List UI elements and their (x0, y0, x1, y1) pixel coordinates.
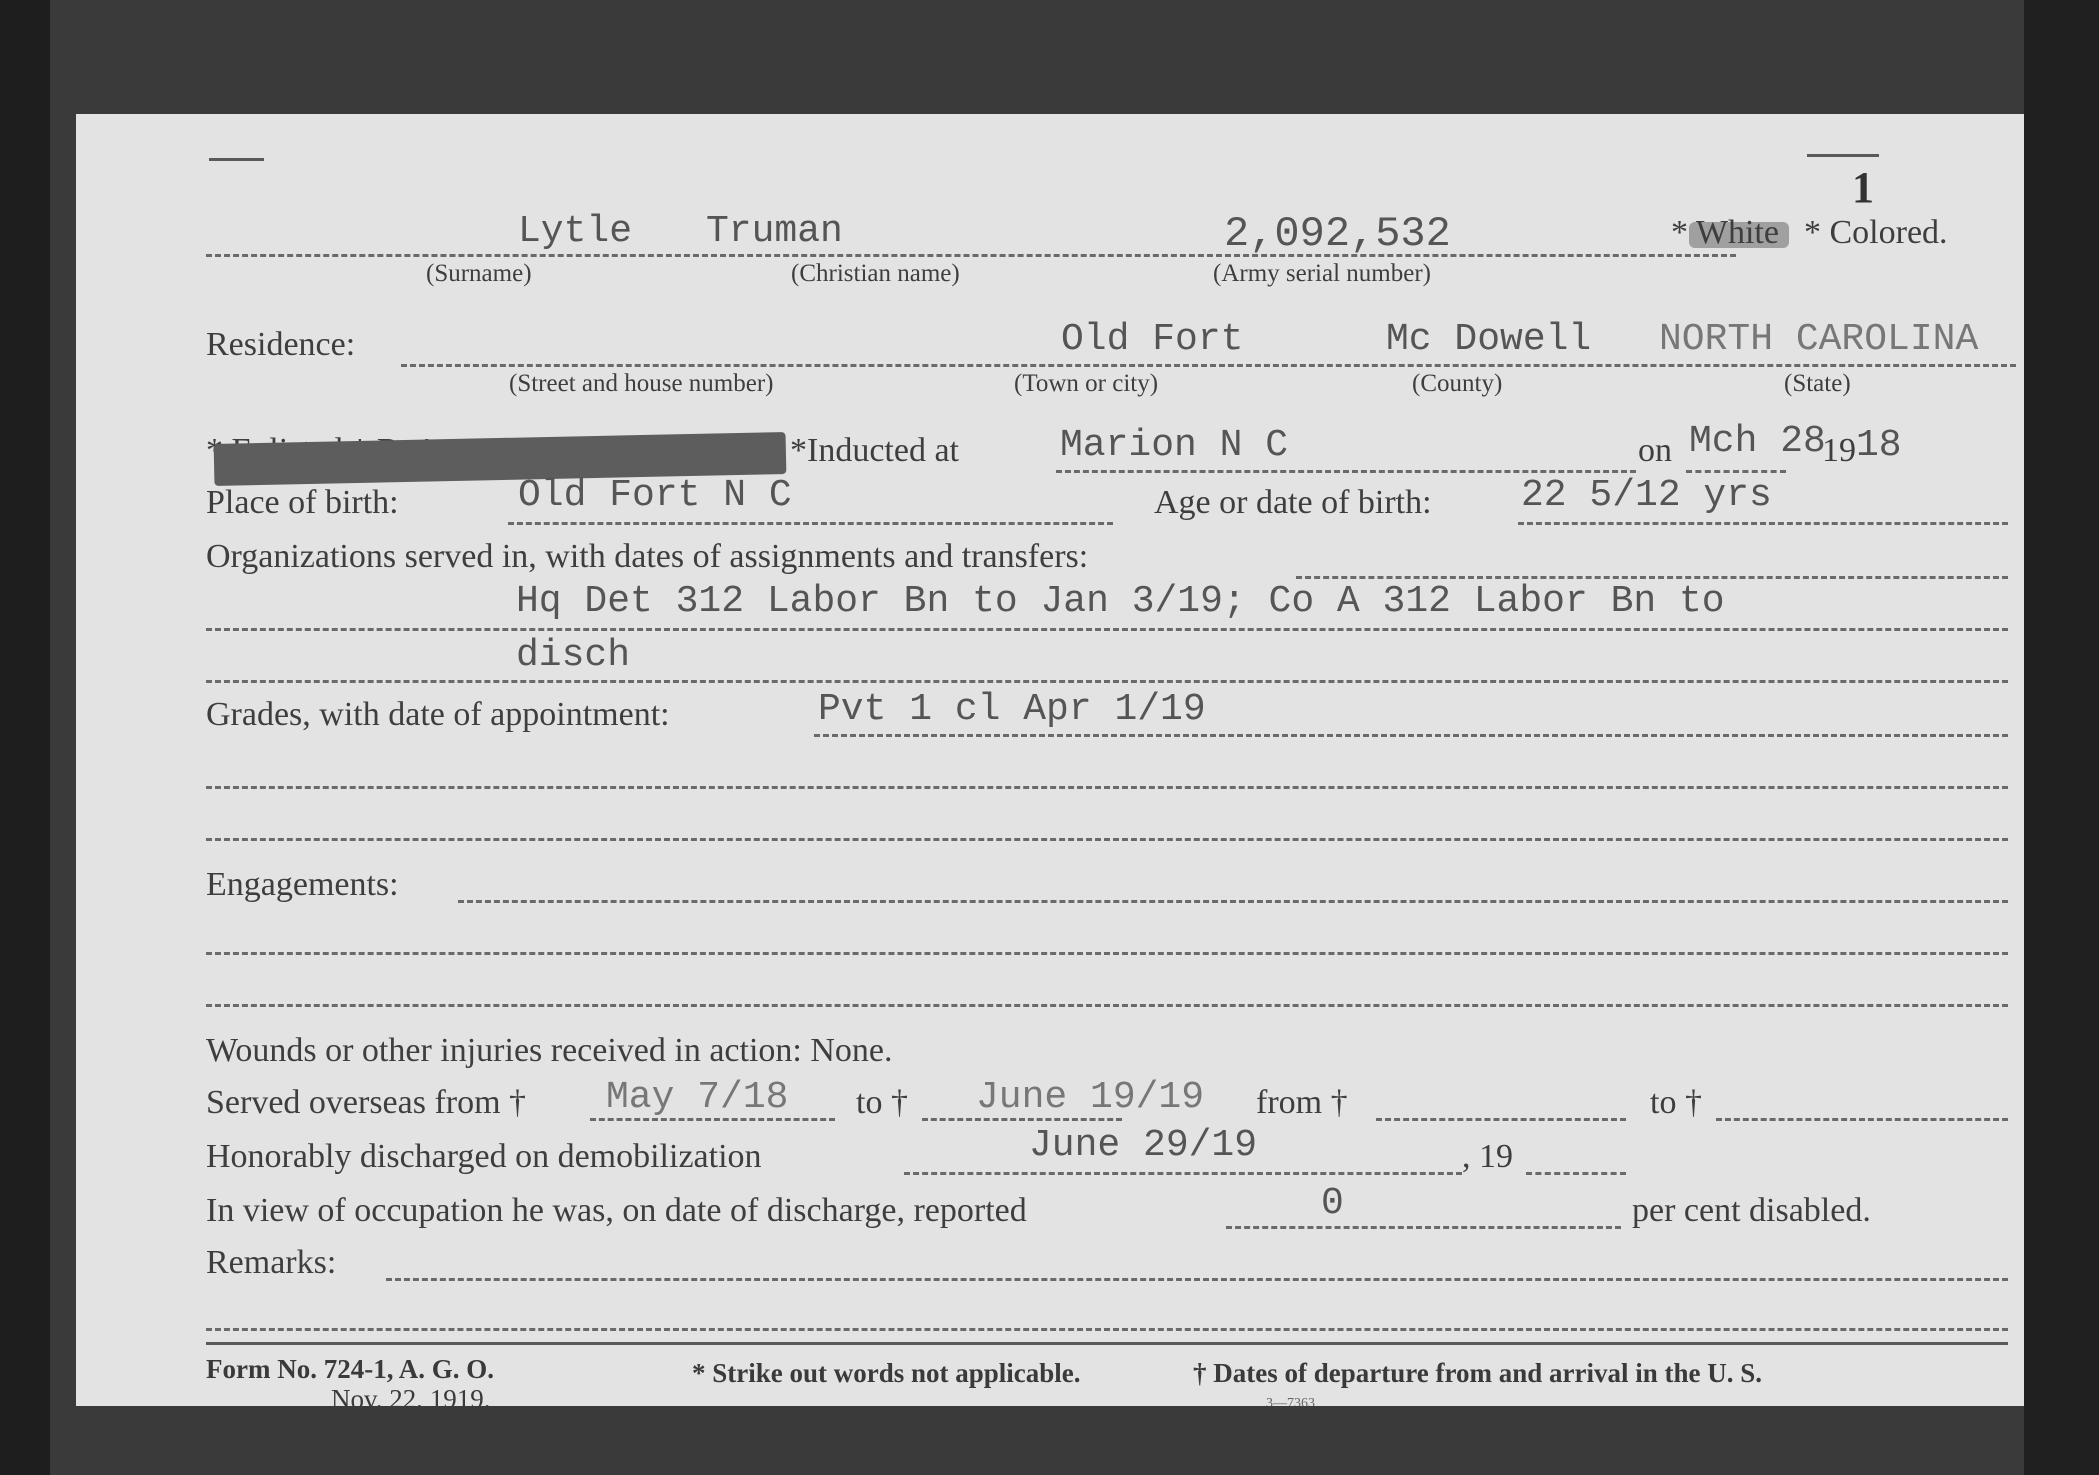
served-overseas-label: Served overseas from † (206, 1084, 526, 1122)
county-caption: (County) (1412, 370, 1502, 398)
town-caption: (Town or city) (1014, 370, 1158, 398)
overseas-to2-label: to † (1650, 1084, 1702, 1122)
discharge-label: Honorably discharged on demobilization (206, 1138, 762, 1176)
disability-suffix: per cent disabled. (1632, 1192, 1871, 1230)
engagements-label: Engagements: (206, 866, 399, 904)
on-label: on (1638, 432, 1672, 470)
year-prefix: 19 (1822, 432, 1856, 470)
place-of-birth-value: Old Fort N C (518, 474, 792, 517)
engagements-line-0 (458, 900, 2008, 903)
serial-number-caption: (Army serial number) (1213, 260, 1431, 288)
print-code: 3—7363 (1266, 1396, 1315, 1406)
date-line (1686, 470, 1786, 473)
induction-date-value: Mch 28 (1689, 420, 1826, 463)
strike-out-note: * Strike out words not applicable. (692, 1358, 1081, 1389)
grades-line-1 (206, 786, 2008, 789)
top-left-mark (209, 158, 264, 161)
overseas-to-label: to † (856, 1084, 908, 1122)
age-line (1518, 522, 2008, 525)
induction-year-value: 18 (1856, 424, 1902, 467)
residence-state-value: NORTH CAROLINA (1659, 318, 1978, 361)
discharge-year-label: , 19 (1462, 1138, 1513, 1176)
remarks-label: Remarks: (206, 1244, 336, 1282)
dagger-note: † Dates of departure from and arrival in… (1193, 1358, 1762, 1389)
residence-label: Residence: (206, 326, 355, 364)
grades-value: Pvt 1 cl Apr 1/19 (818, 688, 1206, 731)
disability-value: 0 (1321, 1182, 1344, 1225)
state-caption: (State) (1784, 370, 1851, 398)
christian-name-caption: (Christian name) (791, 260, 960, 288)
organizations-value-line2: disch (516, 634, 630, 677)
overseas-to2-line (1716, 1118, 2008, 1121)
overseas-from2-line (1376, 1118, 1626, 1121)
top-right-mark (1807, 154, 1879, 157)
overseas-to-value: June 19/19 (976, 1076, 1204, 1119)
discharge-line (904, 1172, 1462, 1175)
discharge-date-value: June 29/19 (1029, 1124, 1257, 1167)
grades-line-0 (814, 734, 2008, 737)
service-record-card: 1 Lytle Truman 2,092,532 * White * Color… (76, 114, 2024, 1406)
inducted-at-label: *Inducted at (790, 432, 959, 470)
street-caption: (Street and house number) (509, 370, 774, 398)
residence-town-value: Old Fort (1061, 318, 1243, 361)
overseas-from2-label: from † (1256, 1084, 1348, 1122)
organizations-label: Organizations served in, with dates of a… (206, 538, 1088, 576)
place-of-birth-line (508, 522, 1113, 525)
remarks-line-1 (206, 1328, 2008, 1331)
form-date: Nov. 22, 1919. (331, 1384, 491, 1406)
organizations-value-line1: Hq Det 312 Labor Bn to Jan 3/19; Co A 31… (516, 580, 1725, 623)
disability-line (1226, 1226, 1621, 1229)
engagements-line-2 (206, 1004, 2008, 1007)
footer-rule (206, 1342, 2008, 1345)
name-line (206, 254, 1736, 257)
age-value: 22 5/12 yrs (1521, 474, 1772, 517)
scan-border-right (2024, 0, 2099, 1475)
inducted-at-value: Marion N C (1060, 424, 1288, 467)
scan-border-left (0, 0, 50, 1475)
disability-label: In view of occupation he was, on date of… (206, 1192, 1027, 1230)
race-white-option: * White (1671, 214, 1779, 252)
residence-line (401, 364, 2016, 367)
wounds-label: Wounds or other injuries received in act… (206, 1032, 893, 1070)
grades-label: Grades, with date of appointment: (206, 696, 670, 734)
engagements-line-1 (206, 952, 2008, 955)
christian-name-value: Truman (706, 210, 843, 253)
discharge-year-line (1526, 1172, 1626, 1175)
page-number: 1 (1852, 162, 1874, 213)
serial-number-value: 2,092,532 (1224, 210, 1451, 258)
surname-value: Lytle (518, 210, 632, 253)
inducted-line (1056, 470, 1636, 473)
form-number: Form No. 724-1, A. G. O. (206, 1354, 494, 1385)
residence-county-value: Mc Dowell (1386, 318, 1591, 361)
grades-line-2 (206, 838, 2008, 841)
organizations-line-2 (206, 680, 2008, 683)
race-colored-option: * Colored. (1804, 214, 1948, 252)
place-of-birth-label: Place of birth: (206, 484, 399, 522)
remarks-line-0 (386, 1278, 2008, 1281)
surname-caption: (Surname) (426, 260, 532, 288)
overseas-from-value: May 7/18 (606, 1076, 788, 1119)
organizations-line-0 (1296, 576, 2008, 579)
organizations-line-1 (206, 628, 2008, 631)
age-label: Age or date of birth: (1154, 484, 1432, 522)
